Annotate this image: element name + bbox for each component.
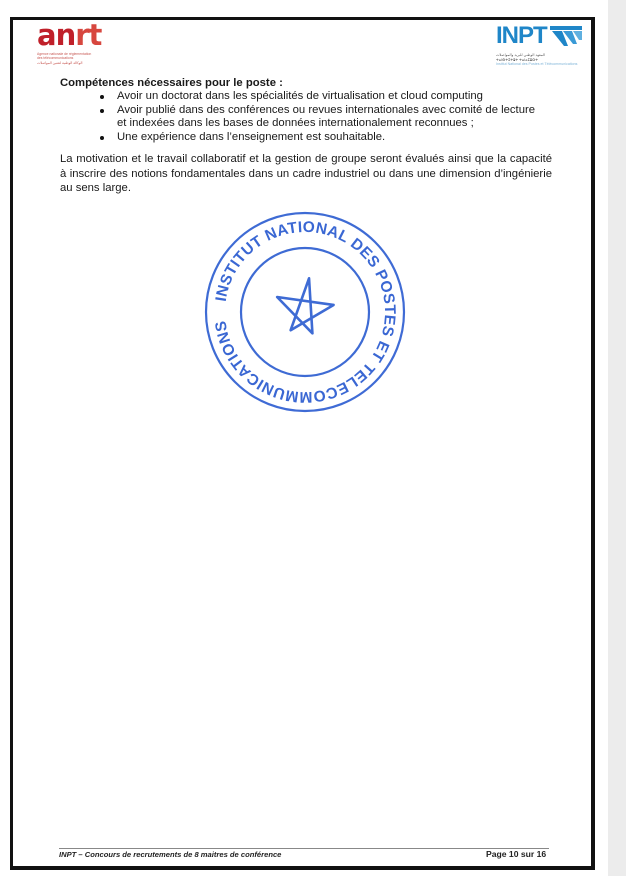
official-stamp: INSTITUT NATIONAL DES POSTES ET TELECOMM… <box>202 210 408 414</box>
list-item: Avoir un doctorat dans les spécialités d… <box>60 90 552 104</box>
anrt-logo-word: anrt <box>37 20 127 50</box>
list-item: Une expérience dans l’enseignement est s… <box>60 131 552 145</box>
anrt-logo: anrt Agence nationale de réglementation … <box>37 20 127 68</box>
list-item: Avoir publié dans des conférences ou rev… <box>60 104 552 131</box>
inpt-logo: INPT المعهد الوطني للبريد والمواصلات ⵜⴰⵏ… <box>496 24 584 72</box>
section-heading: Compétences nécessaires pour le poste : <box>60 76 552 90</box>
page-number: Page 10 sur 16 <box>486 849 546 859</box>
inpt-wave-icon <box>550 26 582 48</box>
inpt-logo-subtitle: المعهد الوطني للبريد والمواصلات ⵜⴰⵏⵙⵜⵉⵜⵓ… <box>496 53 584 67</box>
footer-divider <box>59 848 549 849</box>
document-body: Compétences nécessaires pour le poste : … <box>60 76 552 195</box>
footer-title: INPT – Concours de recrutements de 8 mai… <box>59 850 281 859</box>
inpt-logo-word: INPT <box>496 24 547 48</box>
evaluation-paragraph: La motivation et le travail collaboratif… <box>60 152 552 195</box>
viewer-background <box>608 0 626 876</box>
star-icon <box>273 274 337 335</box>
requirements-list: Avoir un doctorat dans les spécialités d… <box>60 90 552 144</box>
anrt-logo-subtitle: Agence nationale de réglementation des t… <box>37 52 117 65</box>
